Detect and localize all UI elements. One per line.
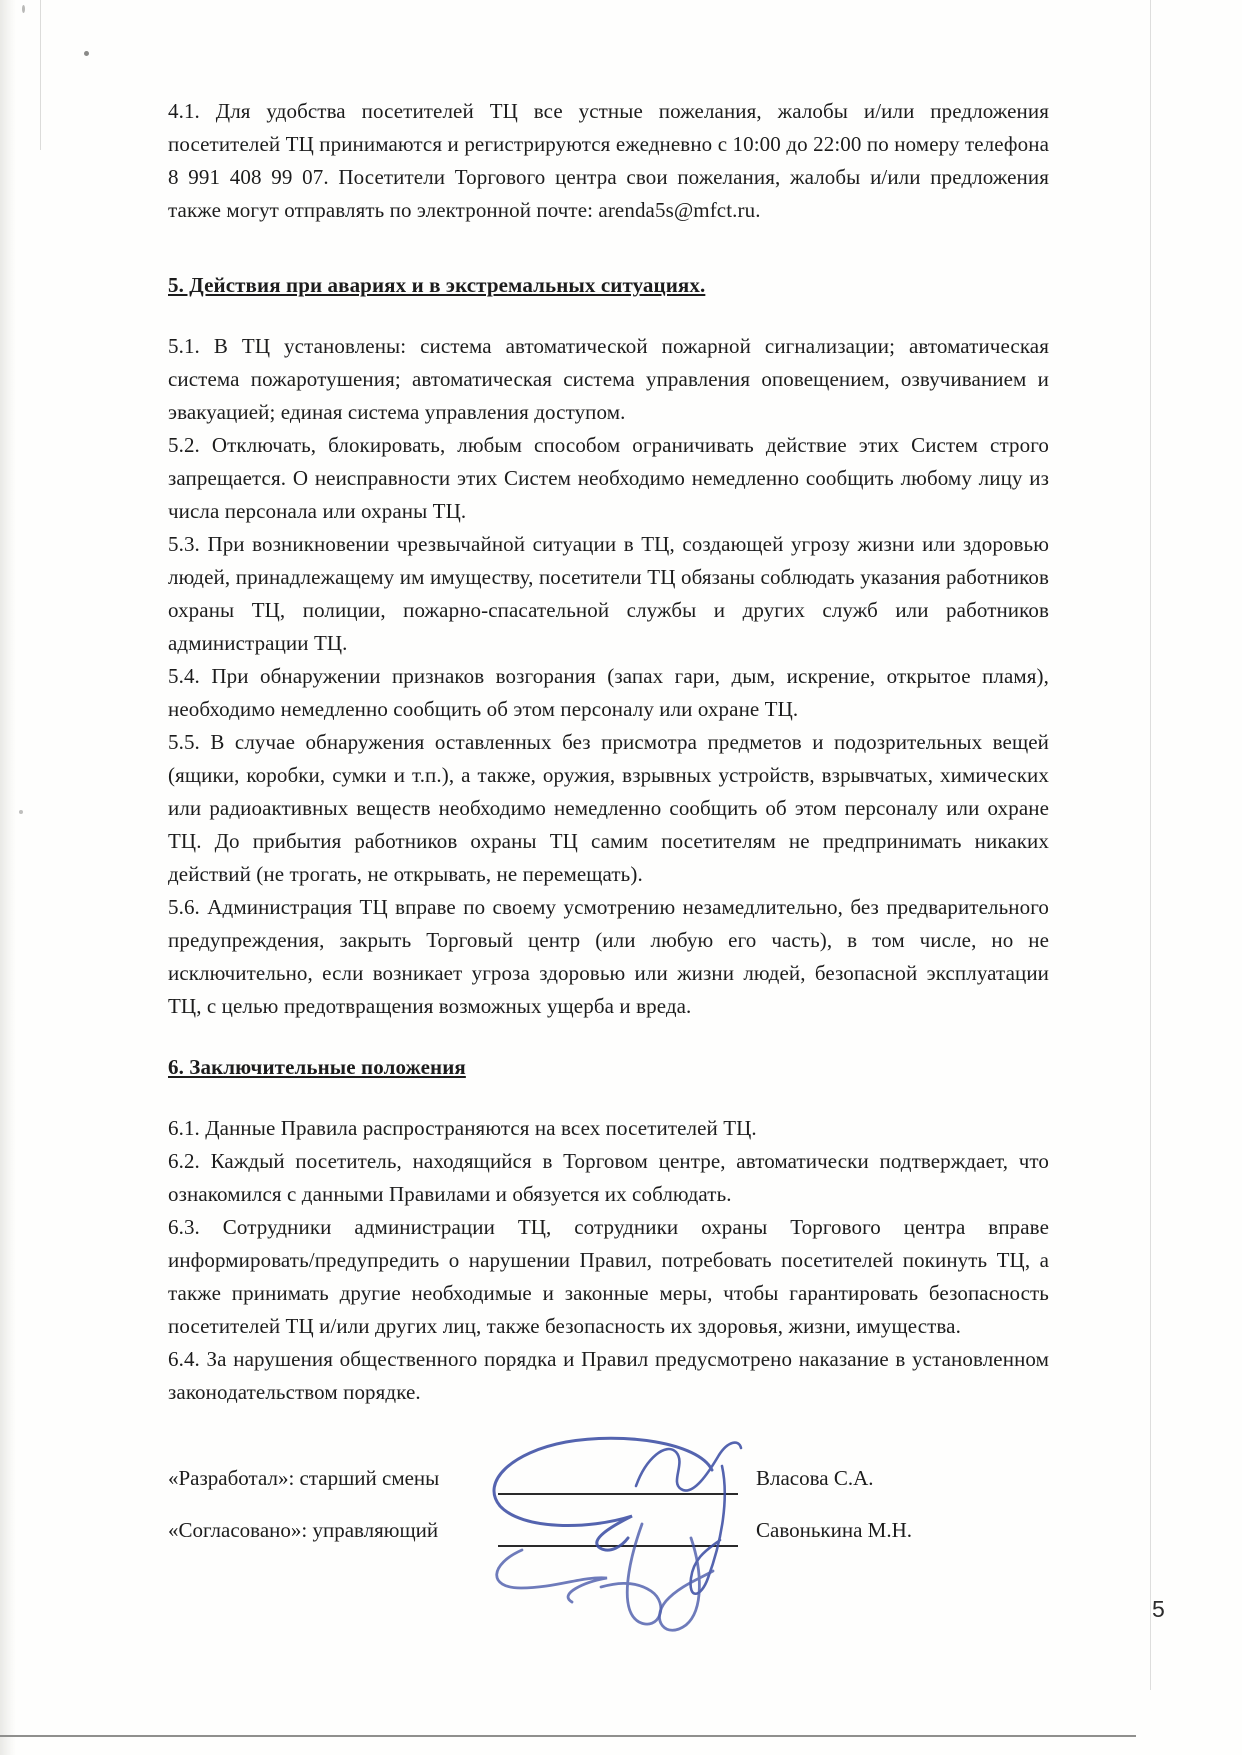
paragraph-6-4: 6.4. За нарушения общественного порядка … xyxy=(168,1343,1049,1409)
scan-artifact-line-left xyxy=(40,0,41,150)
section-heading-5: 5. Действия при авариях и в экстремальны… xyxy=(168,269,1049,302)
signature-line xyxy=(498,1463,738,1495)
approved-label: «Согласовано»: управляющий xyxy=(168,1514,473,1547)
document-body: 4.1. Для удобства посетителей ТЦ все уст… xyxy=(168,95,1049,1559)
signature-row-approved: «Согласовано»: управляющий Савонькина М.… xyxy=(168,1507,1049,1547)
paragraph-5-3: 5.3. При возникновении чрезвычайной ситу… xyxy=(168,528,1049,660)
paragraph-5-6: 5.6. Администрация ТЦ вправе по своему у… xyxy=(168,891,1049,1023)
paragraph-5-5: 5.5. В случае обнаружения оставленных бе… xyxy=(168,726,1049,891)
scanned-page: 4.1. Для удобства посетителей ТЦ все уст… xyxy=(0,0,1242,1755)
signature-row-developed: «Разработал»: старший смены Власова С.А. xyxy=(168,1455,1049,1495)
developed-label: «Разработал»: старший смены xyxy=(168,1462,473,1495)
scan-edge-shadow xyxy=(0,0,16,1755)
paragraph-6-2: 6.2. Каждый посетитель, находящийся в То… xyxy=(168,1145,1049,1211)
scan-speck xyxy=(22,5,25,13)
developed-name: Власова С.А. xyxy=(756,1462,874,1495)
paragraph-5-4: 5.4. При обнаружении признаков возгорани… xyxy=(168,660,1049,726)
page-number: 5 xyxy=(1152,1596,1192,1623)
scan-speck xyxy=(84,51,89,56)
approved-name: Савонькина М.Н. xyxy=(756,1514,912,1547)
signature-line xyxy=(498,1515,738,1547)
paragraph-6-3: 6.3. Сотрудники администрации ТЦ, сотруд… xyxy=(168,1211,1049,1343)
paragraph-4-1: 4.1. Для удобства посетителей ТЦ все уст… xyxy=(168,95,1049,227)
paragraph-5-2: 5.2. Отключать, блокировать, любым спосо… xyxy=(168,429,1049,528)
paragraph-6-1: 6.1. Данные Правила распространяются на … xyxy=(168,1112,1049,1145)
section-heading-6: 6. Заключительные положения xyxy=(168,1051,1049,1084)
scan-artifact-line-right xyxy=(1150,0,1151,1690)
scan-artifact-line-bottom xyxy=(0,1735,1136,1737)
signature-block: «Разработал»: старший смены Власова С.А.… xyxy=(168,1455,1049,1547)
scan-speck xyxy=(19,810,23,814)
paragraph-5-1: 5.1. В ТЦ установлены: система автоматич… xyxy=(168,330,1049,429)
